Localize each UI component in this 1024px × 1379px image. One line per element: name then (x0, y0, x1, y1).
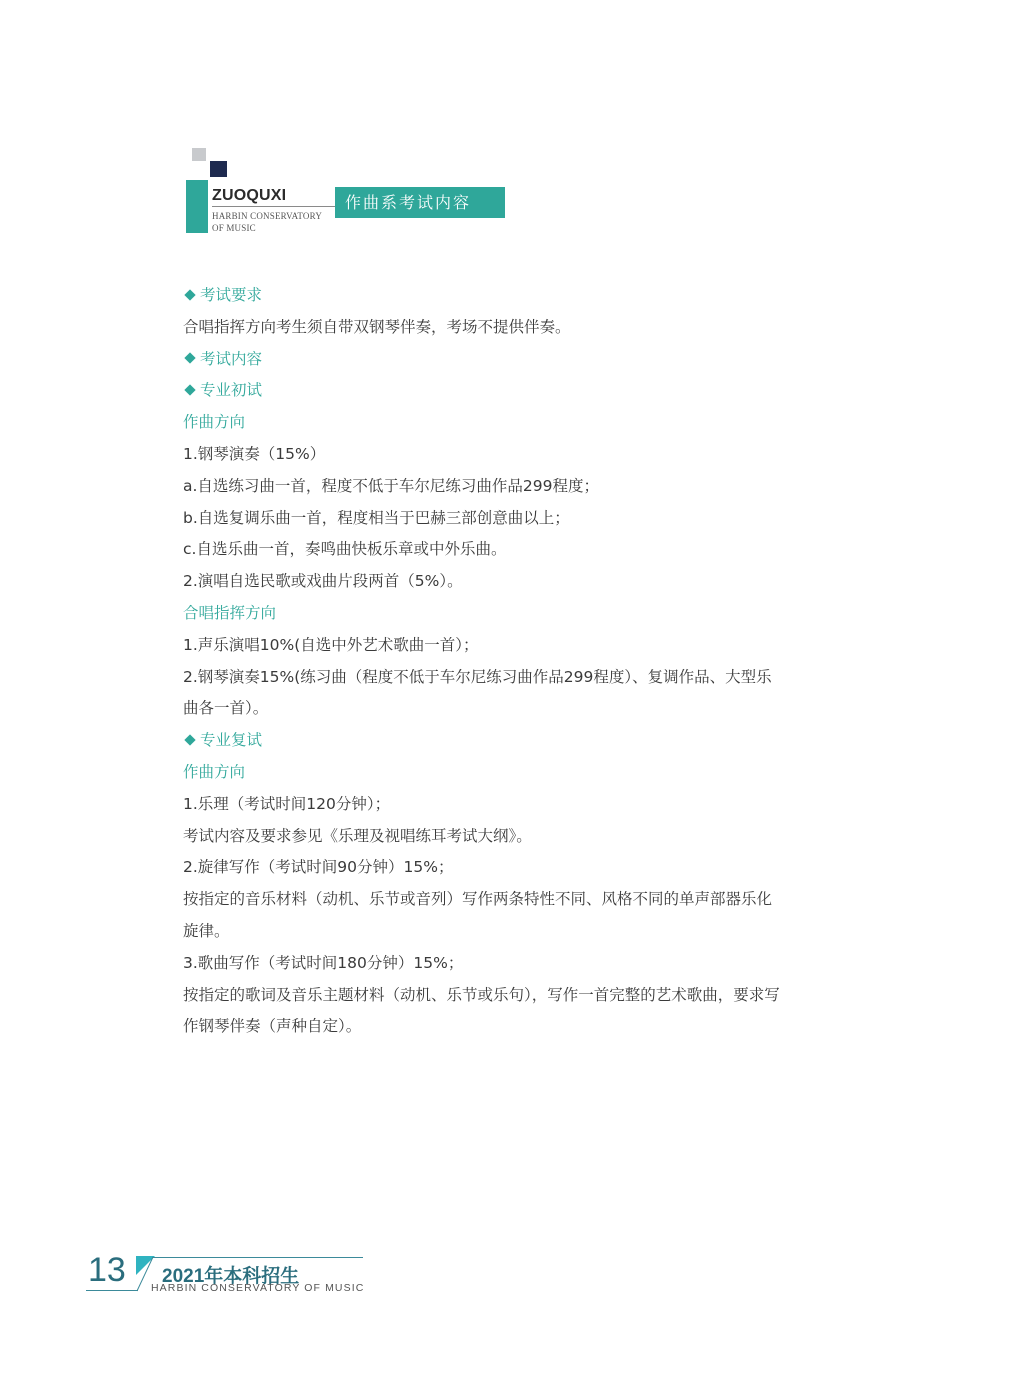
paragraph-line: a.自选练习曲一首，程度不低于车尔尼练习曲作品299程度； (183, 471, 853, 503)
heading-text: 考试要求 (200, 286, 262, 304)
subheading-composition: 作曲方向 (183, 757, 853, 789)
paragraph-line: 1.钢琴演奏（15%） (183, 439, 853, 471)
paragraph-line: 考试内容及要求参见《乐理及视唱练耳考试大纲》。 (183, 821, 853, 853)
diamond-bullet-icon (184, 734, 195, 745)
footer-top-rule (152, 1257, 363, 1258)
paragraph-line: b.自选复调乐曲一首，程度相当于巴赫三部创意曲以上； (183, 503, 853, 535)
subheading-composition: 作曲方向 (183, 407, 853, 439)
diamond-bullet-icon (184, 289, 195, 300)
paragraph-line: 按指定的音乐材料（动机、乐节或音列）写作两条特性不同、风格不同的单声部器乐化 (183, 884, 853, 916)
heading-exam-content: 考试内容 (183, 344, 853, 376)
heading-text: 考试内容 (200, 350, 262, 368)
diamond-bullet-icon (184, 384, 195, 395)
heading-preliminary-exam: 专业初试 (183, 375, 853, 407)
heading-second-exam: 专业复试 (183, 725, 853, 757)
paragraph-line: 作钢琴伴奏（声种自定）。 (183, 1011, 853, 1043)
paragraph-line: 1.声乐演唱10%(自选中外艺术歌曲一首）； (183, 630, 853, 662)
brand-subtitle-line2: OF MUSIC (212, 222, 322, 234)
paragraph-line: 按指定的歌词及音乐主题材料（动机、乐节或乐句），写作一首完整的艺术歌曲，要求写 (183, 980, 853, 1012)
decor-square-navy (210, 161, 227, 177)
subheading-choral-conducting: 合唱指挥方向 (183, 598, 853, 630)
section-title: 作曲系考试内容 (335, 187, 505, 218)
content-body: 考试要求 合唱指挥方向考生须自带双钢琴伴奏，考场不提供伴奏。 考试内容 专业初试… (183, 280, 853, 1043)
diamond-bullet-icon (184, 352, 195, 363)
decor-square-gray (192, 148, 206, 161)
decor-bar-teal (186, 180, 208, 233)
heading-text: 专业初试 (200, 381, 262, 399)
brand-divider (212, 206, 336, 207)
heading-exam-requirements: 考试要求 (183, 280, 853, 312)
heading-text: 专业复试 (200, 731, 262, 749)
paragraph-line: 曲各一首）。 (183, 693, 853, 725)
paragraph-line: 2.旋律写作（考试时间90分钟）15%； (183, 852, 853, 884)
paragraph-line: 旋律。 (183, 916, 853, 948)
brand-subtitle-line1: HARBIN CONSERVATORY (212, 210, 322, 222)
paragraph-line: 1.乐理（考试时间120分钟）； (183, 789, 853, 821)
brand-title: ZUOQUXI (212, 187, 286, 205)
brand-subtitle: HARBIN CONSERVATORY OF MUSIC (212, 210, 322, 234)
paragraph-line: 2.钢琴演奏15%(练习曲（程度不低于车尔尼练习曲作品299程度）、复调作品、大… (183, 662, 853, 694)
paragraph-line: 2.演唱自选民歌或戏曲片段两首（5%）。 (183, 566, 853, 598)
footer-subtitle: HARBIN CONSERVATORY OF MUSIC (151, 1282, 364, 1294)
paragraph-line: 合唱指挥方向考生须自带双钢琴伴奏，考场不提供伴奏。 (183, 312, 853, 344)
paragraph-line: 3.歌曲写作（考试时间180分钟）15%； (183, 948, 853, 980)
paragraph-line: c.自选乐曲一首，奏鸣曲快板乐章或中外乐曲。 (183, 534, 853, 566)
